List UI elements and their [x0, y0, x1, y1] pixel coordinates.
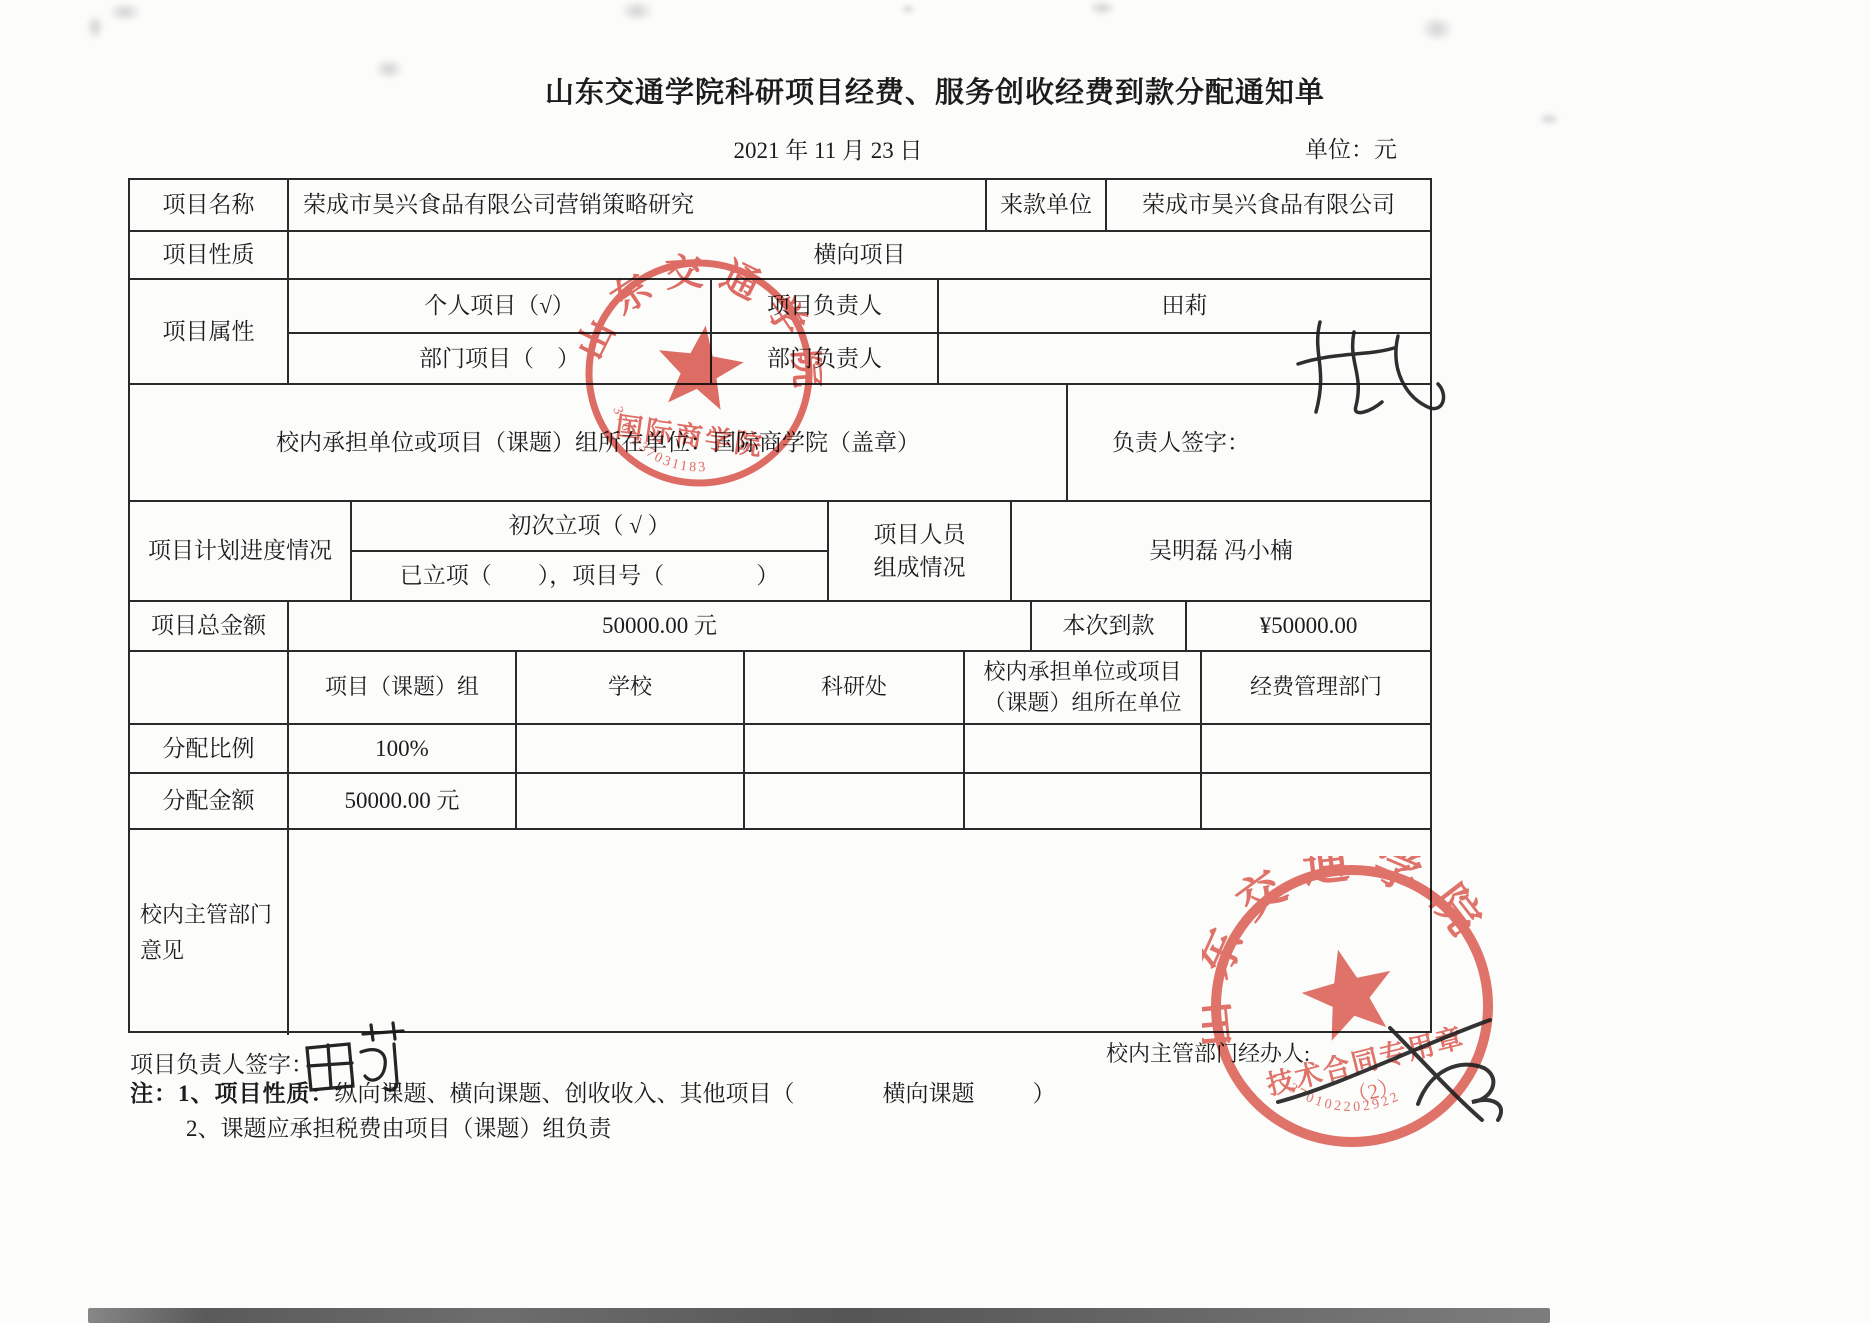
ratio-research-office [745, 725, 965, 772]
amount-label: 分配金额 [130, 774, 289, 828]
attribute-label: 项目属性 [130, 280, 289, 383]
form-table: 项目名称 荣成市昊兴食品有限公司营销策略研究 来款单位 荣成市昊兴食品有限公司 … [128, 178, 1432, 1033]
progress-label: 项目计划进度情况 [130, 502, 352, 600]
form-title: 山东交通学院科研项目经费、服务创收经费到款分配通知单 [0, 70, 1870, 111]
total-value: 50000.00 元 [289, 602, 1032, 650]
scan-smudge [900, 4, 916, 14]
scan-smudge [620, 0, 654, 22]
received-label: 本次到款 [1032, 602, 1187, 650]
unit-label: 单位：元 [1305, 131, 1397, 164]
scan-smudge [1088, 0, 1116, 16]
scanned-form-page: 山东交通学院科研项目经费、服务创收经费到款分配通知单 2021 年 11 月 2… [0, 0, 1870, 1323]
dist-header-undertaking-unit: 校内承担单位或项目（课题）组所在单位 [965, 652, 1202, 723]
project-leader-value: 田莉 [939, 280, 1430, 332]
row-project-attribute: 项目属性 个人项目（√） 项目负责人 田莉 部门项目（ ） 部门负责人 [130, 280, 1430, 385]
note-line-2: 2、课题应承担税费由项目（课题）组负责 [186, 1110, 612, 1143]
progress-first-option: 初次立项（ √ ） [352, 502, 827, 550]
payer-value: 荣成市昊兴食品有限公司 [1107, 180, 1430, 230]
row-undertaking-unit: 校内承担单位或项目（课题）组所在单位：国际商学院（盖章） 负责人签字： [130, 385, 1430, 502]
department-leader-value [939, 334, 1430, 383]
dist-header-school: 学校 [517, 652, 745, 723]
nature-label: 项目性质 [130, 232, 289, 278]
leader-sign-label: 负责人签字： [1112, 428, 1250, 458]
amount-research-office [745, 774, 965, 828]
opinion-value [289, 830, 1430, 1035]
row-opinion: 校内主管部门意见 [130, 830, 1430, 1035]
amount-undertaking-unit [965, 774, 1202, 828]
subrow-personal: 个人项目（√） 项目负责人 田莉 [289, 280, 1430, 334]
ratio-label: 分配比例 [130, 725, 289, 772]
dist-header-group: 项目（课题）组 [289, 652, 517, 723]
project-name-label: 项目名称 [130, 180, 289, 230]
operator-sign-label: 校内主管部门经办人: [1106, 1037, 1310, 1068]
ratio-undertaking-unit [965, 725, 1202, 772]
row-dist-amount: 分配金额 50000.00 元 [130, 774, 1430, 830]
total-label: 项目总金额 [130, 602, 289, 650]
received-value: ¥50000.00 [1187, 602, 1430, 650]
row-progress: 项目计划进度情况 初次立项（ √ ） 已立项（ ），项目号（ ） 项目人员 组成… [130, 502, 1430, 602]
scan-smudge [1538, 112, 1560, 126]
personal-option: 个人项目（√） [289, 280, 712, 332]
form-date: 2021 年 11 月 23 日 [0, 132, 1656, 165]
undertaking-unit-text: 校内承担单位或项目（课题）组所在单位：国际商学院（盖章） [130, 385, 1068, 500]
members-value: 吴明磊 冯小楠 [1012, 502, 1430, 600]
subrow-department: 部门项目（ ） 部门负责人 [289, 334, 1430, 383]
leader-signature-cell: 负责人签字： [1068, 385, 1430, 500]
amount-school [517, 774, 745, 828]
opinion-label: 校内主管部门意见 [130, 830, 289, 1035]
scan-edge-artifact [88, 1308, 1550, 1323]
scan-smudge [108, 2, 142, 22]
amount-fund-dept [1202, 774, 1430, 828]
note1-bold: 注：1、项目性质： [130, 1081, 335, 1106]
row-project-name: 项目名称 荣成市昊兴食品有限公司营销策略研究 来款单位 荣成市昊兴食品有限公司 [130, 180, 1430, 232]
department-leader-label: 部门负责人 [712, 334, 939, 383]
row-dist-ratio: 分配比例 100% [130, 725, 1430, 774]
seal-number-text: （2） [1345, 1073, 1402, 1109]
ratio-school [517, 725, 745, 772]
payer-label: 来款单位 [987, 180, 1107, 230]
scan-smudge [86, 14, 104, 40]
scan-smudge [1420, 16, 1454, 42]
project-name-value: 荣成市昊兴食品有限公司营销策略研究 [289, 180, 987, 230]
dist-header-research-office: 科研处 [745, 652, 965, 723]
progress-existing-option: 已立项（ ），项目号（ ） [352, 552, 827, 600]
note1-fill-value: 横向课题 [883, 1081, 975, 1106]
nature-value: 横向项目 [289, 232, 1430, 278]
row-dist-header: 项目（课题）组 学校 科研处 校内承担单位或项目（课题）组所在单位 经费管理部门 [130, 652, 1430, 725]
dist-corner-cell [130, 652, 289, 723]
members-label: 项目人员 组成情况 [829, 502, 1012, 600]
note-line-1: 注：1、项目性质：纵向课题、横向课题、创收收入、其他项目（横向课题） [130, 1075, 1056, 1108]
dist-header-fund-dept: 经费管理部门 [1202, 652, 1430, 723]
row-total-amount: 项目总金额 50000.00 元 本次到款 ¥50000.00 [130, 602, 1430, 652]
project-leader-label: 项目负责人 [712, 280, 939, 332]
ratio-group: 100% [289, 725, 517, 772]
ratio-fund-dept [1202, 725, 1430, 772]
row-project-nature: 项目性质 横向项目 [130, 232, 1430, 280]
amount-group: 50000.00 元 [289, 774, 517, 828]
department-option: 部门项目（ ） [289, 334, 712, 383]
